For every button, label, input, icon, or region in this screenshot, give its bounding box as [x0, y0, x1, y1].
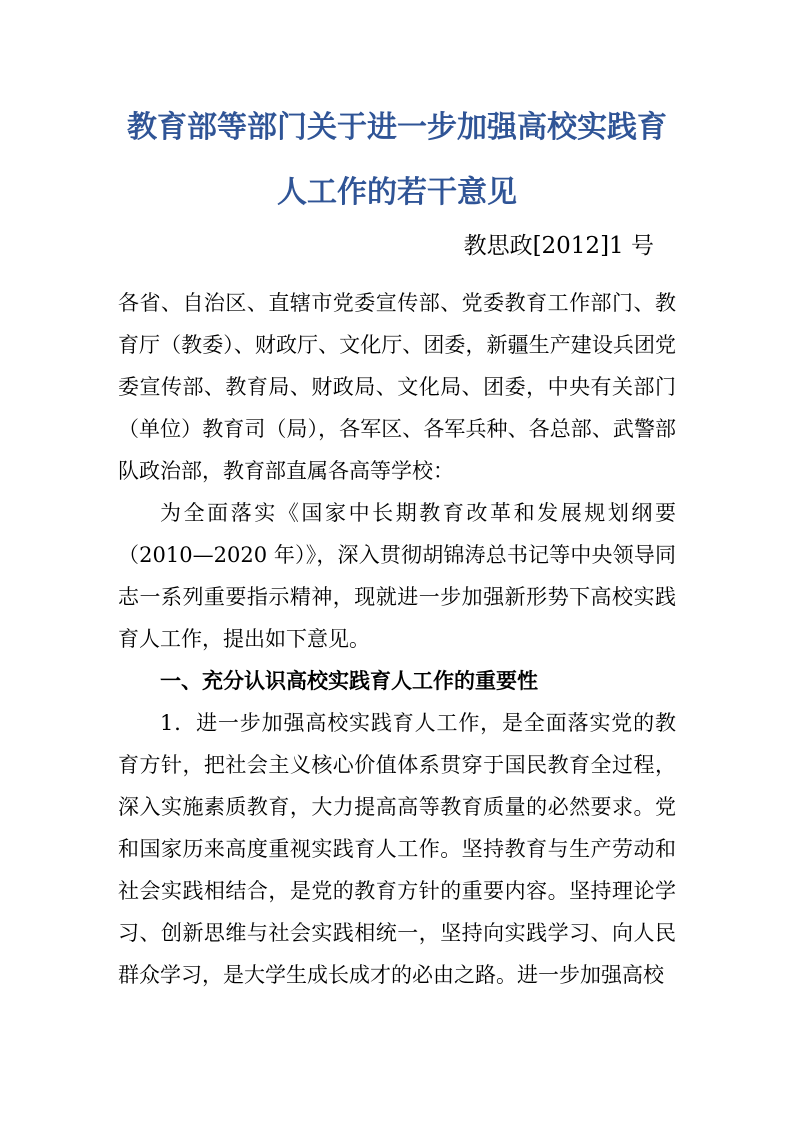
document-title: 教育部等部门关于进一步加强高校实践育 人工作的若干意见: [118, 95, 676, 225]
body-paragraph-1: 1．进一步加强高校实践育人工作，是全面落实党的教育方针，把社会主义核心价值体系贯…: [118, 702, 676, 996]
addressee-paragraph: 各省、自治区、直辖市党委宣传部、党委教育工作部门、教育厅（教委）、财政厅、文化厅…: [118, 282, 676, 492]
document-title-line-2: 人工作的若干意见: [118, 160, 676, 225]
document-title-line-1: 教育部等部门关于进一步加强高校实践育: [118, 95, 676, 160]
document-number: 教思政[2012]1 号: [118, 225, 676, 267]
document-page: 教育部等部门关于进一步加强高校实践育 人工作的若干意见 教思政[2012]1 号…: [0, 0, 793, 1122]
section-heading-1: 一、充分认识高校实践育人工作的重要性: [118, 660, 676, 702]
intro-paragraph: 为全面落实《国家中长期教育改革和发展规划纲要（2010—2020 年）》，深入贯…: [118, 492, 676, 660]
document-body: 各省、自治区、直辖市党委宣传部、党委教育工作部门、教育厅（教委）、财政厅、文化厅…: [118, 282, 676, 996]
